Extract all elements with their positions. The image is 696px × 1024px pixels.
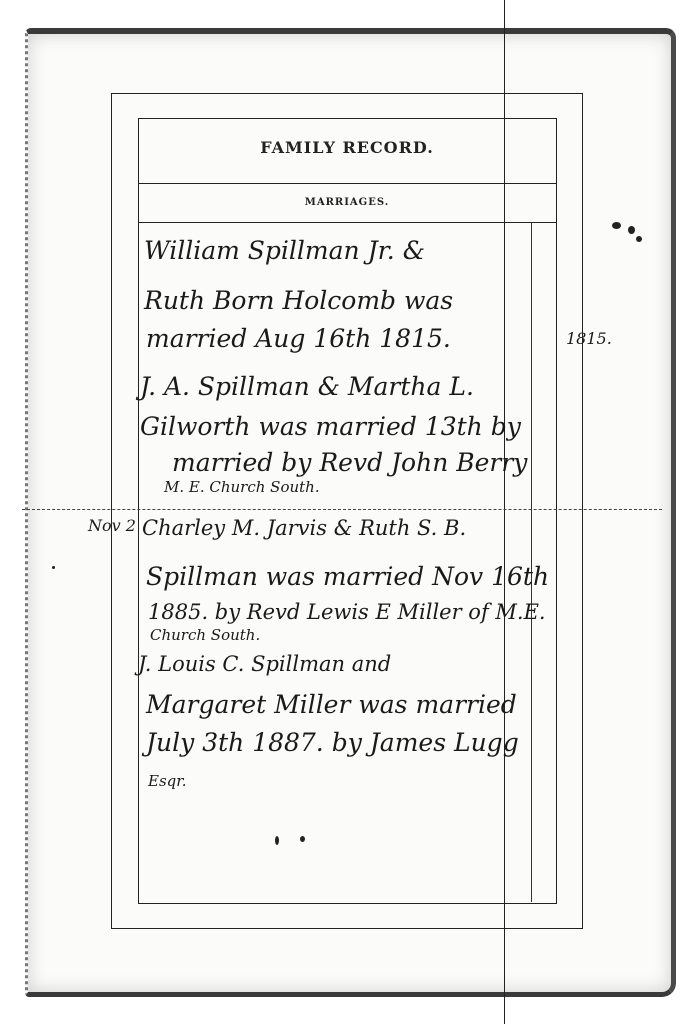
ink-speck [628,226,635,234]
ink-speck [612,222,621,229]
entry-3-line-2: Spillman was married Nov 16th [146,562,549,591]
entry-4-line-2: Margaret Miller was married [146,690,517,719]
fold-crease [22,509,662,510]
entry-4-line-1: J. Louis C. Spillman and [138,652,391,676]
entry-3-line-3: 1885. by Revd Lewis E Miller of M.E. [148,600,546,624]
entry-1-line-2: Ruth Born Holcomb was [144,286,453,315]
entry-4-line-4: Esqr. [148,772,187,790]
entry-4-line-3: July 3th 1887. by James Lugg [146,728,519,757]
section-divider [138,222,556,223]
entry-2-line-2: Gilworth was married 13th by [140,412,521,441]
entry-2-line-1: J. A. Spillman & Martha L. [140,372,474,401]
title-divider [138,183,556,184]
entry-3-line-4: Church South. [150,626,260,644]
entry-3-line-1: Charley M. Jarvis & Ruth S. B. [142,516,466,540]
entry-2-line-4: M. E. Church South. [164,478,320,496]
entry-1-line-1: William Spillman Jr. & [144,236,425,265]
ink-speck [636,236,642,242]
entry-1-margin-year: 1815. [566,329,612,348]
page-title: FAMILY RECORD. [138,138,556,157]
section-title: MARRIAGES. [138,197,556,208]
entry-3-margin-note: Nov 2 [88,516,136,535]
ink-speck [52,566,55,569]
entry-2-line-3: married by Revd John Berry [172,448,527,477]
entry-1-line-3: married Aug 16th 1815. [146,324,451,353]
